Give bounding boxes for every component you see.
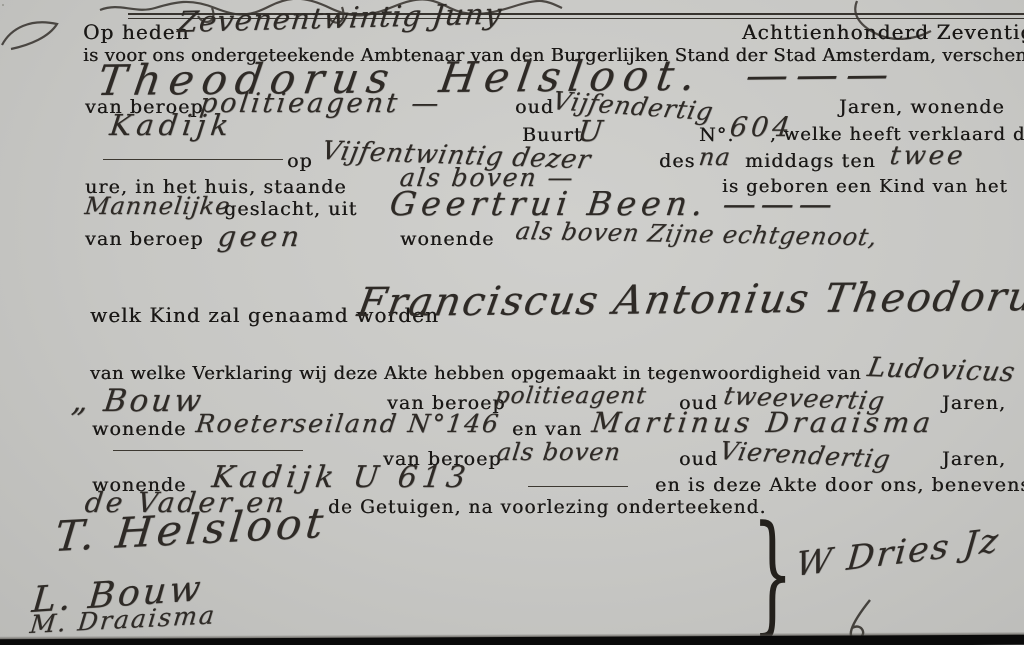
birth-certificate-scan: Op heden Zevenentwintig Juny Achttienhon… [0, 0, 1024, 645]
printed-year: Achttienhonderd Zeventig, [742, 20, 1024, 44]
brace-mark: } [752, 498, 793, 645]
printed-wonende-1: wonende [400, 228, 495, 250]
handwritten-gender: Mannelijke [83, 192, 232, 220]
paper-specks [2, 4, 4, 6]
printed-van-beroep-2: van beroep [85, 228, 204, 250]
handwritten-occupation: politieagent — [198, 88, 443, 119]
handwritten-witness1-last: „ Bouw [70, 383, 206, 419]
printed-closing-1: en is deze Akte door ons, benevens [655, 474, 1024, 496]
printed-jaren-2: Jaren, [942, 448, 1006, 470]
printed-oud-1: oud [515, 96, 554, 118]
handwritten-daypart: na [697, 143, 732, 171]
printed-oud-3: oud [679, 448, 718, 470]
printed-middags-ten: middags ten [745, 150, 876, 172]
printed-geslacht-uit: geslacht, uit [224, 198, 357, 220]
blank-line-dash [103, 159, 283, 160]
handwritten-witness2-age: Vierendertig [717, 436, 893, 474]
printed-en-van: en van [512, 418, 582, 440]
handwritten-child-name: Franciscus Antonius Theodorus [354, 274, 1024, 326]
printed-closing-2: de Getuigen, na voorlezing onderteekend. [328, 497, 767, 518]
blank-line-dash-2 [113, 450, 303, 451]
printed-jaren-1: Jaren, [942, 392, 1006, 414]
handwritten-mother-residence: als boven Zijne echtgenoot, [514, 217, 880, 251]
printed-wonende-2: wonende [92, 418, 187, 440]
printed-des: des [659, 150, 695, 172]
blank-line-dash-3 [528, 486, 628, 487]
handwritten-buurt-letter: U [576, 114, 606, 148]
handwritten-address: Kadijk [108, 108, 236, 142]
printed-jaren-wonende: Jaren, wonende [839, 96, 1005, 118]
handwritten-mother-name: Geertrui Been. ——— [388, 184, 840, 223]
handwritten-witness2-name: Martinus Draaisma [590, 406, 936, 439]
handwritten-witness2-occupation: als boven [495, 438, 622, 466]
handwritten-mother-occupation: geen [216, 220, 305, 253]
handwritten-witness1-first: Ludovicus [865, 352, 1018, 388]
signature-official: W Dries Jz [794, 521, 1001, 585]
printed-op-heden: Op heden [83, 20, 190, 44]
printed-op: op [287, 150, 313, 172]
handwritten-hour: twee [888, 141, 967, 171]
handwritten-witness1-address: Roeterseiland N°146 [194, 409, 502, 438]
